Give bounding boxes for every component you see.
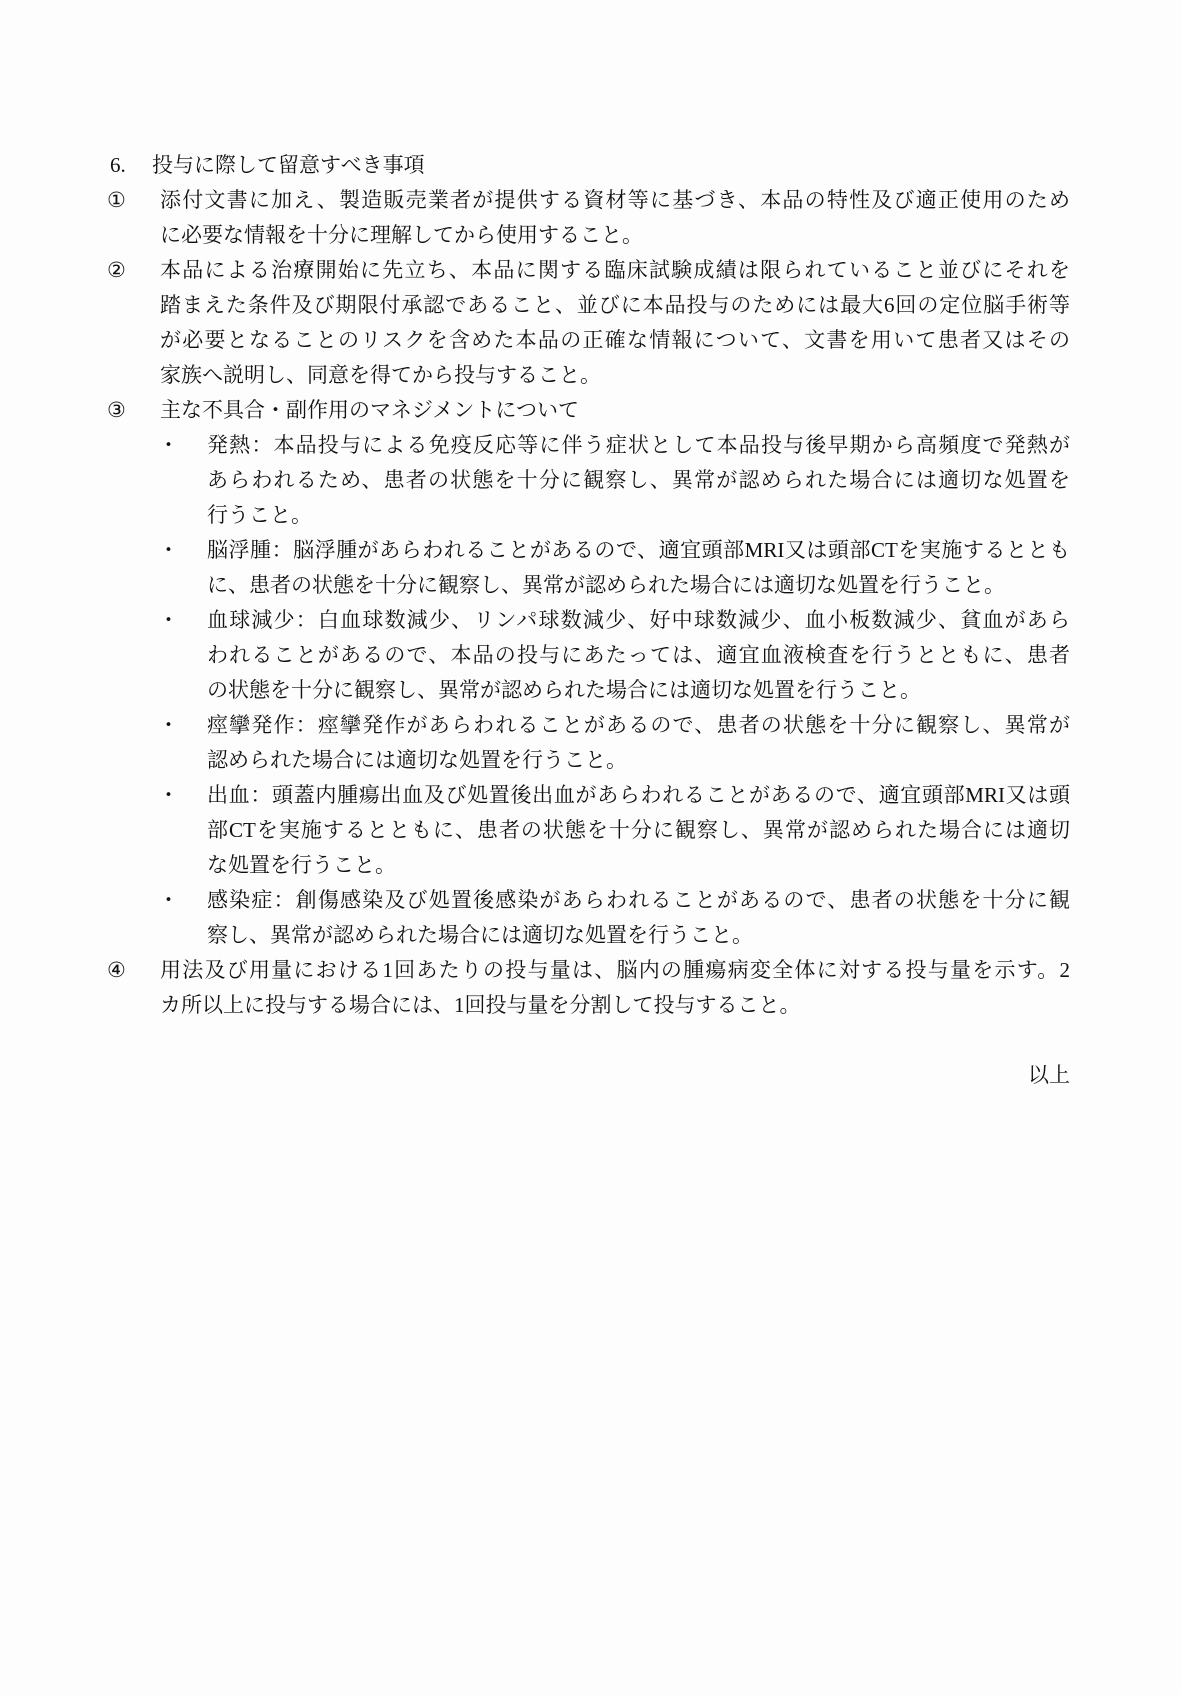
text-line: 感染症：創傷感染及び処置後感染があらわれることがあるので、患者の状態を十分に観 [207,883,1070,918]
text-line: カ所以上に投与する場合には、1回投与量を分割して投与すること。 [160,988,1070,1023]
item-marker-2: ② [107,253,160,288]
bullet-item-hemorrhage: ・ 出血：頭蓋内腫瘍出血及び処置後出血があらわれることがあるので、適宜頭部MRI… [0,778,1181,883]
document-page: 6. 投与に際して留意すべき事項 ① 添付文書に加え、製造販売業者が提供する資材… [0,0,1181,1093]
list-item-2: ② 本品による治療開始に先立ち、本品に関する臨床試験成績は限られていること並びに… [0,253,1181,393]
text-line: の状態を十分に観察し、異常が認められた場合には適切な処置を行うこと。 [207,673,1070,708]
text-line: あらわれるため、患者の状態を十分に観察し、異常が認められた場合には適切な処置を [207,463,1070,498]
bullet-marker: ・ [158,428,207,463]
text-line: 家族へ説明し、同意を得てから投与すること。 [160,358,1070,393]
bullet-body: 脳浮腫：脳浮腫があらわれることがあるので、適宜頭部MRI又は頭部CTを実施すると… [207,533,1070,603]
bullet-body: 血球減少：白血球数減少、リンパ球数減少、好中球数減少、血小板数減少、貧血があら … [207,603,1070,708]
bullet-body: 痙攣発作：痙攣発作があらわれることがあるので、患者の状態を十分に観察し、異常が … [207,708,1070,778]
bullet-item-cytopenia: ・ 血球減少：白血球数減少、リンパ球数減少、好中球数減少、血小板数減少、貧血があ… [0,603,1181,708]
item-body: 主な不具合・副作用のマネジメントについて [160,393,1070,428]
section-number: 6. [110,148,152,183]
bullet-marker: ・ [158,778,207,813]
text-line: な処置を行うこと。 [207,848,1070,883]
text-line: 脳浮腫：脳浮腫があらわれることがあるので、適宜頭部MRI又は頭部CTを実施すると… [207,533,1070,568]
bullet-item-brain-edema: ・ 脳浮腫：脳浮腫があらわれることがあるので、適宜頭部MRI又は頭部CTを実施す… [0,533,1181,603]
text-line: 添付文書に加え、製造販売業者が提供する資材等に基づき、本品の特性及び適正使用のた… [160,183,1070,218]
bullet-marker: ・ [158,533,207,568]
text-line: 血球減少：白血球数減少、リンパ球数減少、好中球数減少、血小板数減少、貧血があら [207,603,1070,638]
text-line: 主な不具合・副作用のマネジメントについて [160,393,1070,428]
text-line: 行うこと。 [207,498,1070,533]
closing-statement: 以上 [110,1058,1070,1093]
text-line: に必要な情報を十分に理解してから使用すること。 [160,218,1070,253]
text-line: に、患者の状態を十分に観察し、異常が認められた場合には適切な処置を行うこと。 [207,568,1070,603]
text-line: が必要となることのリスクを含めた本品の正確な情報について、文書を用いて患者又はそ… [160,323,1070,358]
bullet-body: 感染症：創傷感染及び処置後感染があらわれることがあるので、患者の状態を十分に観 … [207,883,1070,953]
bullet-item-fever: ・ 発熱：本品投与による免疫反応等に伴う症状として本品投与後早期から高頻度で発熱… [0,428,1181,533]
text-line: 発熱：本品投与による免疫反応等に伴う症状として本品投与後早期から高頻度で発熱が [207,428,1070,463]
bullet-marker: ・ [158,603,207,638]
list-item-3: ③ 主な不具合・副作用のマネジメントについて [0,393,1181,428]
text-line: 本品による治療開始に先立ち、本品に関する臨床試験成績は限られていること並びにそれ… [160,253,1070,288]
text-line: 踏まえた条件及び期限付承認であること、並びに本品投与のためには最大6回の定位脳手… [160,288,1070,323]
text-line: 察し、異常が認められた場合には適切な処置を行うこと。 [207,918,1070,953]
text-line: 痙攣発作：痙攣発作があらわれることがあるので、患者の状態を十分に観察し、異常が [207,708,1070,743]
text-line: 出血：頭蓋内腫瘍出血及び処置後出血があらわれることがあるので、適宜頭部MRI又は… [207,778,1070,813]
list-item-4: ④ 用法及び用量における1回あたりの投与量は、脳内の腫瘍病変全体に対する投与量を… [0,953,1181,1023]
item-marker-1: ① [107,183,160,218]
item-body: 用法及び用量における1回あたりの投与量は、脳内の腫瘍病変全体に対する投与量を示す… [160,953,1070,1023]
item-body: 本品による治療開始に先立ち、本品に関する臨床試験成績は限られていること並びにそれ… [160,253,1070,393]
bullet-marker: ・ [158,708,207,743]
bullet-body: 発熱：本品投与による免疫反応等に伴う症状として本品投与後早期から高頻度で発熱が … [207,428,1070,533]
section-title: 投与に際して留意すべき事項 [152,148,425,183]
bullet-item-infection: ・ 感染症：創傷感染及び処置後感染があらわれることがあるので、患者の状態を十分に… [0,883,1181,953]
text-line: 用法及び用量における1回あたりの投与量は、脳内の腫瘍病変全体に対する投与量を示す… [160,953,1070,988]
section-heading: 6. 投与に際して留意すべき事項 [0,148,1181,183]
bullet-body: 出血：頭蓋内腫瘍出血及び処置後出血があらわれることがあるので、適宜頭部MRI又は… [207,778,1070,883]
text-line: 認められた場合には適切な処置を行うこと。 [207,743,1070,778]
list-item-1: ① 添付文書に加え、製造販売業者が提供する資材等に基づき、本品の特性及び適正使用… [0,183,1181,253]
item-marker-4: ④ [107,953,160,988]
text-line: 部CTを実施するとともに、患者の状態を十分に観察し、異常が認められた場合には適切 [207,813,1070,848]
bullet-marker: ・ [158,883,207,918]
item-marker-3: ③ [107,393,160,428]
text-line: われることがあるので、本品の投与にあたっては、適宜血液検査を行うとともに、患者 [207,638,1070,673]
bullet-item-seizure: ・ 痙攣発作：痙攣発作があらわれることがあるので、患者の状態を十分に観察し、異常… [0,708,1181,778]
item-body: 添付文書に加え、製造販売業者が提供する資材等に基づき、本品の特性及び適正使用のた… [160,183,1070,253]
